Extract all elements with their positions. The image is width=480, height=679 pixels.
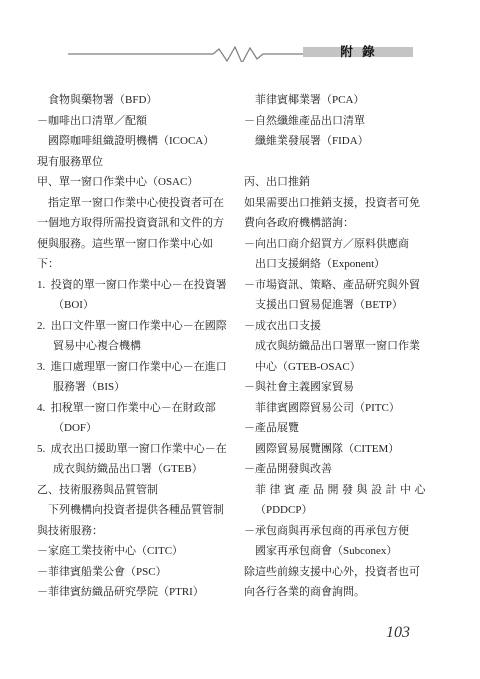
text-line: 丙、出口推銷 [244,172,446,193]
text-line: －與社會主義國家貿易 [244,377,446,398]
text-line: （DOF） [53,418,239,439]
right-column: 菲律賓椰業署（PCA）－自然纖維產品出口清單纖維業發展署（FIDA）丙、出口推銷… [244,90,446,603]
text-line: 如果需要出口推銷支援，投資者可免 [244,193,446,214]
blank-line [244,152,446,173]
appendix-page: 附 錄 食物與藥物署（BFD）－咖啡出口清單／配額國際咖啡組織證明機構（ICOC… [0,0,480,679]
text-line: 除這些前線支援中心外，投資者也可 [244,562,446,583]
header-rule-line [68,46,305,62]
header-title-bar: 附 錄 [303,47,413,57]
text-line: 菲律賓椰業署（PCA） [255,90,446,111]
text-line: 成衣與紡織品出口署單一窗口作業 [255,336,446,357]
text-line: 成衣與紡織品出口署（GTEB） [53,459,239,480]
text-line: －成衣出口支援 [244,316,446,337]
text-line: 一個地方取得所需投資資訊和文件的方 [37,213,239,234]
text-line: 指定單一窗口作業中心使投資者可在 [48,193,239,214]
text-line: 食物與藥物署（BFD） [48,90,239,111]
text-line: 乙、技術服務與品質管制 [37,480,239,501]
text-line: －產品展覽 [244,418,446,439]
text-line: 便與服務。這些單一窗口作業中心如 [37,234,239,255]
text-line: 3. 進口處理單一窗口作業中心－在進口 [37,357,239,378]
text-line: －自然纖維產品出口清單 [244,111,446,132]
text-line: －家庭工業技術中心（CITC） [37,541,239,562]
text-line: －產品開發與改善 [244,459,446,480]
text-line: 1. 投資的單一窗口作業中心－在投資署 [37,275,239,296]
text-line: 國際咖啡組織證明機構（ICOCA） [48,131,239,152]
text-line: 中心（GTEB-OSAC） [255,357,446,378]
text-line: 菲律賓國際貿易公司（PITC） [255,398,446,419]
text-line: －向出口商介紹買方／原料供應商 [244,234,446,255]
text-line: 貿易中心複合機構 [53,336,239,357]
text-line: 國家再承包商會（Subconex） [255,541,446,562]
text-line: 服務署（BIS） [53,377,239,398]
text-line: －咖啡出口清單／配額 [37,111,239,132]
text-line: 出口支援網絡（Exponent） [255,254,446,275]
text-line: 菲律賓產品開發與設計中心 [255,480,446,501]
text-line: 國際貿易展覽團隊（CITEM） [255,439,446,460]
header-title: 附 錄 [340,46,375,58]
text-line: 下： [37,254,239,275]
text-line: （PDDCP） [255,500,446,521]
text-line: 甲、單一窗口作業中心（OSAC） [37,172,239,193]
text-line: －菲律賓紡織品研究學院（PTRI） [37,582,239,603]
text-line: 4. 扣稅單一窗口作業中心－在財政部 [37,398,239,419]
text-line: 2. 出口文件單一窗口作業中心－在國際 [37,316,239,337]
text-line: －承包商與再承包商的再承包方便 [244,521,446,542]
text-line: 纖維業發展署（FIDA） [255,131,446,152]
text-line: 5. 成衣出口援助單一窗口作業中心－在 [37,439,239,460]
text-line: 向各行各業的商會詢問。 [244,582,446,603]
left-column: 食物與藥物署（BFD）－咖啡出口清單／配額國際咖啡組織證明機構（ICOCA）現有… [37,90,239,603]
text-line: 支援出口貿易促進署（BETP） [255,295,446,316]
text-line: 現有服務單位 [37,152,239,173]
text-line: －菲律賓船業公會（PSC） [37,562,239,583]
page-number: 103 [386,624,410,642]
text-line: 與技術服務： [37,521,239,542]
text-line: 費向各政府機構諮詢： [244,213,446,234]
text-line: 下列機構向投資者提供各種品質管制 [48,500,239,521]
text-line: （BOI） [53,295,239,316]
text-line: －市場資訊、策略、產品研究與外貿 [244,275,446,296]
